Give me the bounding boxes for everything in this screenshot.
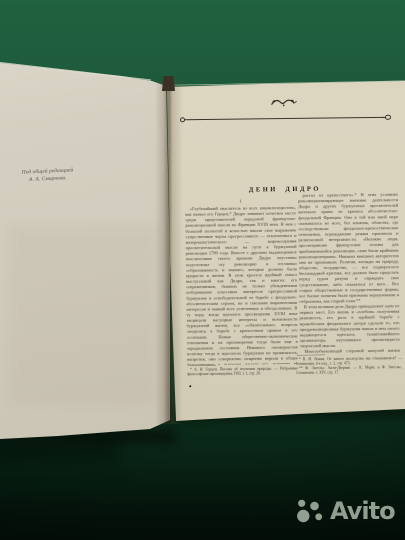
section-number: 1 — [185, 198, 296, 205]
body-text: «Глубочайший мыслитель из всех энциклопе… — [185, 205, 298, 365]
fleuron-icon — [270, 97, 298, 108]
footnote-rule — [297, 355, 325, 356]
ink-speck — [189, 385, 191, 387]
avito-wordmark: Avito — [330, 494, 395, 528]
text-column-left: 1 «Глубочайший мыслитель из всех энцикло… — [185, 198, 298, 365]
photo-open-book: Под общей редакцией А. А. Смирнова. ДЕНИ… — [0, 0, 405, 540]
text-column-right: растал из крепостного».* В этих условиях… — [298, 192, 400, 354]
footnote-rule — [188, 365, 216, 366]
body-text: В этом великом деле Дидро принадлежит од… — [299, 303, 400, 349]
avito-watermark: Avito — [294, 494, 395, 528]
avito-logo-icon — [294, 497, 327, 525]
header-rule — [184, 116, 386, 120]
footnotes-right-column: * В. И. Ленин, От какого наследства мы о… — [296, 354, 402, 383]
footnote-text: ** Ф. Энгельс, Анти-Дюринг. — К. Маркс и… — [296, 365, 402, 375]
footnote-left-column: * А. И. Герцен, Письма об изучении приро… — [187, 364, 298, 385]
right-page-content: ДЕНИ ДИДРО 1 «Глубочайший мыслитель из в… — [0, 0, 405, 540]
body-text: растал из крепостного».* В этих условиях… — [298, 192, 399, 305]
footnote-text: * А. И. Герцен, Письма об изучении приро… — [187, 366, 298, 376]
